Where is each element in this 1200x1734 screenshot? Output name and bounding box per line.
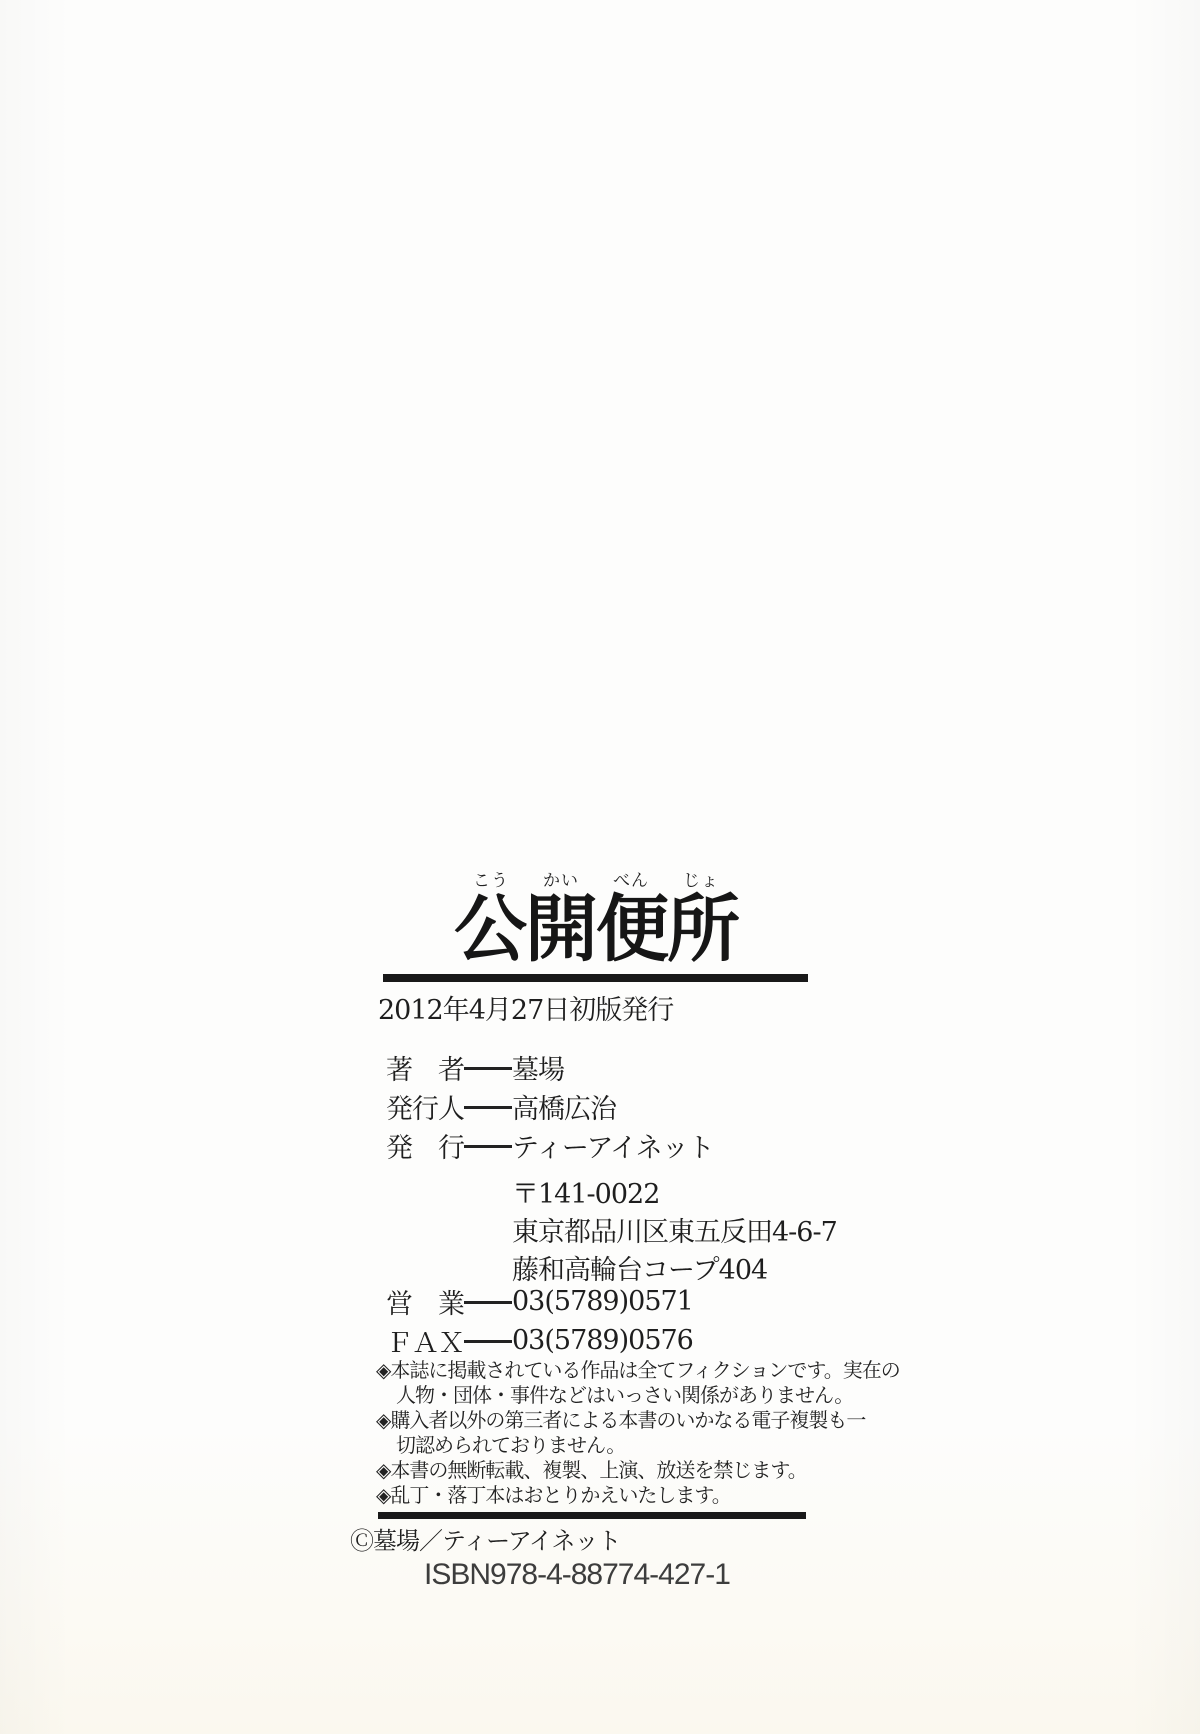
contact-label: ＦＡＸ (386, 1321, 464, 1360)
credit-label: 発行 (386, 1126, 464, 1165)
copyright-line: Ⓒ墓場／ティーアイネット (350, 1521, 620, 1556)
notice-fiction-2: 人物・団体・事件などはいっさい関係がありません。 (376, 1383, 766, 1408)
edition-date: 2012年4月27日初版発行 (378, 988, 673, 1027)
credit-row-author: 著者 墓場 (386, 1050, 564, 1084)
credit-label: 発行人 (386, 1087, 464, 1126)
leader-dash (464, 1067, 512, 1070)
colophon-page: こう かい べん じょ 公開便所 2012年4月27日初版発行 著者 墓場 発行… (0, 0, 1200, 1734)
isbn-number: ISBN978-4-88774-427-1 (424, 1558, 730, 1592)
book-title: 公開便所 (426, 886, 766, 972)
notice-copy-1: ◈購入者以外の第三者による本書のいかなる電子複製も一 (376, 1408, 766, 1433)
credit-value: ティーアイネット (512, 1126, 714, 1165)
notice-reprint: ◈本書の無断転載、複製、上演、放送を禁じます。 (376, 1458, 766, 1483)
contact-value: 03(5789)0571 (512, 1286, 693, 1317)
credit-value: 墓場 (512, 1048, 564, 1087)
contact-row-sales: 営業 03(5789)0571 (386, 1284, 693, 1318)
leader-dash (464, 1301, 512, 1304)
legal-notices: ◈本誌に掲載されている作品は全てフィクションです。実在の 人物・団体・事件などは… (376, 1358, 766, 1508)
contact-row-fax: ＦＡＸ 03(5789)0576 (386, 1323, 693, 1357)
bottom-rule (378, 1512, 806, 1519)
title-underline-rule (383, 974, 808, 982)
credit-label: 著者 (386, 1048, 464, 1087)
notice-fiction-1: ◈本誌に掲載されている作品は全てフィクションです。実在の (376, 1358, 766, 1383)
notice-defective: ◈乱丁・落丁本はおとりかえいたします。 (376, 1483, 766, 1508)
address-line-1: 東京都品川区東五反田4-6-7 (512, 1210, 837, 1249)
credit-value: 高橋広治 (512, 1087, 616, 1126)
leader-dash (464, 1106, 512, 1109)
notice-copy-2: 切認められておりません。 (376, 1433, 766, 1458)
leader-dash (464, 1340, 512, 1343)
credit-row-imprint: 発行 ティーアイネット (386, 1128, 714, 1162)
leader-dash (464, 1145, 512, 1148)
credit-row-publisher: 発行人 高橋広治 (386, 1089, 616, 1123)
postal-code: 〒141-0022 (512, 1172, 659, 1211)
contact-value: 03(5789)0576 (512, 1325, 693, 1356)
contact-label: 営業 (386, 1282, 464, 1321)
address-line-2: 藤和高輪台コープ404 (512, 1248, 767, 1287)
